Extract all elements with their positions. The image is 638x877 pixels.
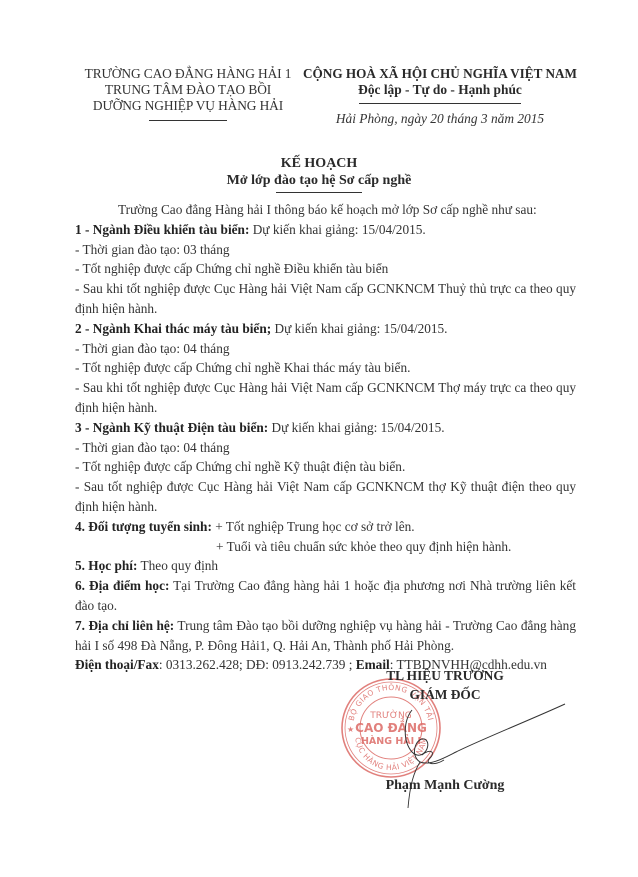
contact-section: 7. Địa chỉ liên hệ: Trung tâm Đào tạo bồ… xyxy=(72,616,576,656)
program-3: 3 - Ngành Kỹ thuật Điện tàu biển: Dự kiế… xyxy=(72,418,576,517)
phone-value: : 0313.262.428; DĐ: 0913.242.739 ; xyxy=(159,657,356,672)
enrollment-label: 4. Đối tượng tuyển sinh: xyxy=(75,519,212,534)
fee-section: 5. Học phí: Theo quy định xyxy=(72,556,576,576)
signer-name: Phạm Mạnh Cường xyxy=(370,778,520,794)
phone-label: Điện thoại/Fax xyxy=(75,657,159,672)
program-certificate: - Tốt nghiệp được cấp Chứng chỉ nghề Kỹ … xyxy=(72,457,576,477)
program-1: 1 - Ngành Điều khiển tàu biển: Dự kiến k… xyxy=(72,220,576,319)
signature-block: TL HIỆU TRƯỞNG GIÁM ĐỐC xyxy=(360,666,530,704)
program-2: 2 - Ngành Khai thác máy tàu biển; Dự kiế… xyxy=(72,319,576,418)
program-duration: - Thời gian đào tạo: 04 tháng xyxy=(72,339,576,359)
title-main: KẾ HOẠCH xyxy=(60,155,578,172)
fee-value: Theo quy định xyxy=(137,558,218,573)
program-certificate: - Tốt nghiệp được cấp Chứng chỉ nghề Điề… xyxy=(72,259,576,279)
fee-label: 5. Học phí: xyxy=(75,558,137,573)
program-certificate: - Tốt nghiệp được cấp Chứng chỉ nghề Kha… xyxy=(72,358,576,378)
issuing-organization: TRƯỜNG CAO ĐẲNG HÀNG HẢI 1 TRUNG TÂM ĐÀO… xyxy=(62,66,314,121)
title-sub: Mở lớp đào tạo hệ Sơ cấp nghề xyxy=(60,172,578,189)
program-after: - Sau khi tốt nghiệp được Cục Hàng hải V… xyxy=(72,279,576,319)
svg-text:★: ★ xyxy=(347,725,354,734)
program-start-date: Dự kiến khai giảng: 15/04/2015. xyxy=(268,420,444,435)
enrollment-section: 4. Đối tượng tuyển sinh: + Tốt nghiệp Tr… xyxy=(72,517,576,537)
program-after: - Sau khi tốt nghiệp được Cục Hàng hải V… xyxy=(72,378,576,418)
divider xyxy=(276,192,362,193)
org-name-line1: TRUNG TÂM ĐÀO TẠO BỒI xyxy=(62,82,314,98)
enrollment-condition-1: + Tốt nghiệp Trung học cơ sở trở lên. xyxy=(212,519,415,534)
divider xyxy=(359,103,521,104)
program-duration: - Thời gian đào tạo: 04 tháng xyxy=(72,438,576,458)
national-motto: Độc lập - Tự do - Hạnh phúc xyxy=(300,82,580,98)
program-start-date: Dự kiến khai giảng: 15/04/2015. xyxy=(249,222,425,237)
program-after: - Sau tốt nghiệp được Cục Hàng hải Việt … xyxy=(72,477,576,517)
location-section: 6. Địa điểm học: Tại Trường Cao đẳng hàn… xyxy=(72,576,576,616)
program-heading: 2 - Ngành Khai thác máy tàu biển; xyxy=(75,321,271,336)
program-heading: 1 - Ngành Điều khiển tàu biển: xyxy=(75,222,249,237)
org-parent: TRƯỜNG CAO ĐẲNG HÀNG HẢI 1 xyxy=(62,66,314,82)
document-date: Hải Phòng, ngày 20 tháng 3 năm 2015 xyxy=(300,111,580,127)
signer-authority: TL HIỆU TRƯỞNG xyxy=(360,666,530,685)
intro-paragraph: Trường Cao đẳng Hàng hải I thông báo kế … xyxy=(72,200,576,220)
enrollment-condition-2: + Tuổi và tiêu chuẩn sức khỏe theo quy đ… xyxy=(72,537,576,557)
location-label: 6. Địa điểm học: xyxy=(75,578,169,593)
divider xyxy=(149,120,227,121)
org-name-line2: DƯỠNG NGHIỆP VỤ HÀNG HẢI xyxy=(62,98,314,114)
national-header: CỘNG HOÀ XÃ HỘI CHỦ NGHĨA VIỆT NAM Độc l… xyxy=(300,66,580,104)
document-title: KẾ HOẠCH Mở lớp đào tạo hệ Sơ cấp nghề xyxy=(60,155,578,193)
program-duration: - Thời gian đào tạo: 03 tháng xyxy=(72,240,576,260)
contact-label: 7. Địa chỉ liên hệ: xyxy=(75,618,174,633)
document-body: Trường Cao đẳng Hàng hải I thông báo kế … xyxy=(72,200,576,675)
nation-name: CỘNG HOÀ XÃ HỘI CHỦ NGHĨA VIỆT NAM xyxy=(300,66,580,82)
program-heading: 3 - Ngành Kỹ thuật Điện tàu biển: xyxy=(75,420,268,435)
program-start-date: Dự kiến khai giảng: 15/04/2015. xyxy=(271,321,447,336)
